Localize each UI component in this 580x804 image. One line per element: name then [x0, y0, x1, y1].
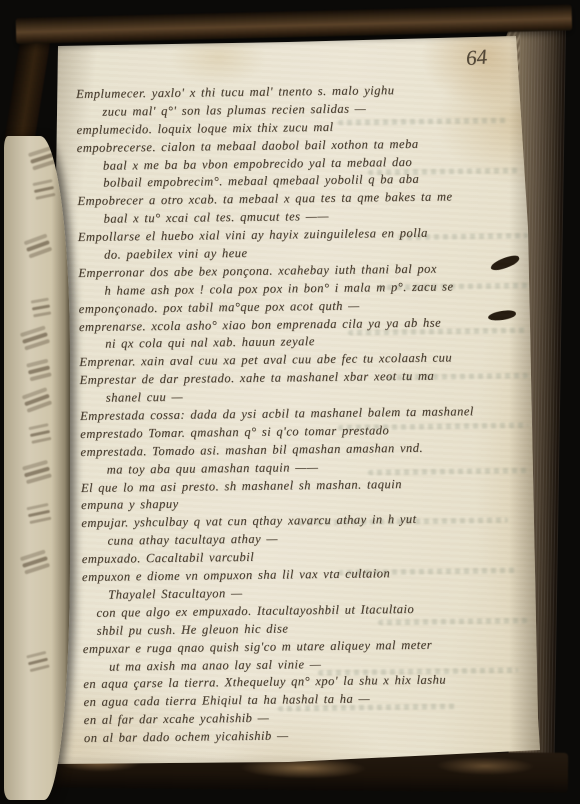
- marginal-writing-fragment: [30, 152, 56, 164]
- marginal-writing-fragment: [28, 658, 48, 666]
- manuscript-text: Emplumecer. yaxlo' x thi tucu mal' tnent…: [76, 80, 546, 748]
- marginal-writing-fragment: [28, 510, 50, 518]
- marginal-writing-fragment: [22, 332, 48, 344]
- marginal-writing-fragment: [24, 466, 50, 477]
- book-board-sliver: [4, 28, 51, 143]
- marginal-writing-fragment: [24, 394, 50, 407]
- page-number: 64: [465, 42, 517, 71]
- marginal-writing-fragment: [30, 430, 50, 437]
- marginal-writing-fragment: [28, 365, 50, 374]
- marginal-writing-fragment: [26, 240, 50, 252]
- manuscript-photo: 64 Emplumecer. yaxlo' x thi tucu mal' tn…: [0, 0, 580, 804]
- manuscript-page: 64 Emplumecer. yaxlo' x thi tucu mal' tn…: [38, 28, 543, 776]
- marginal-writing-fragment: [34, 186, 54, 193]
- marginal-writing-fragment: [32, 304, 50, 310]
- facing-page-edge: [4, 136, 70, 800]
- marginal-writing-fragment: [22, 556, 48, 568]
